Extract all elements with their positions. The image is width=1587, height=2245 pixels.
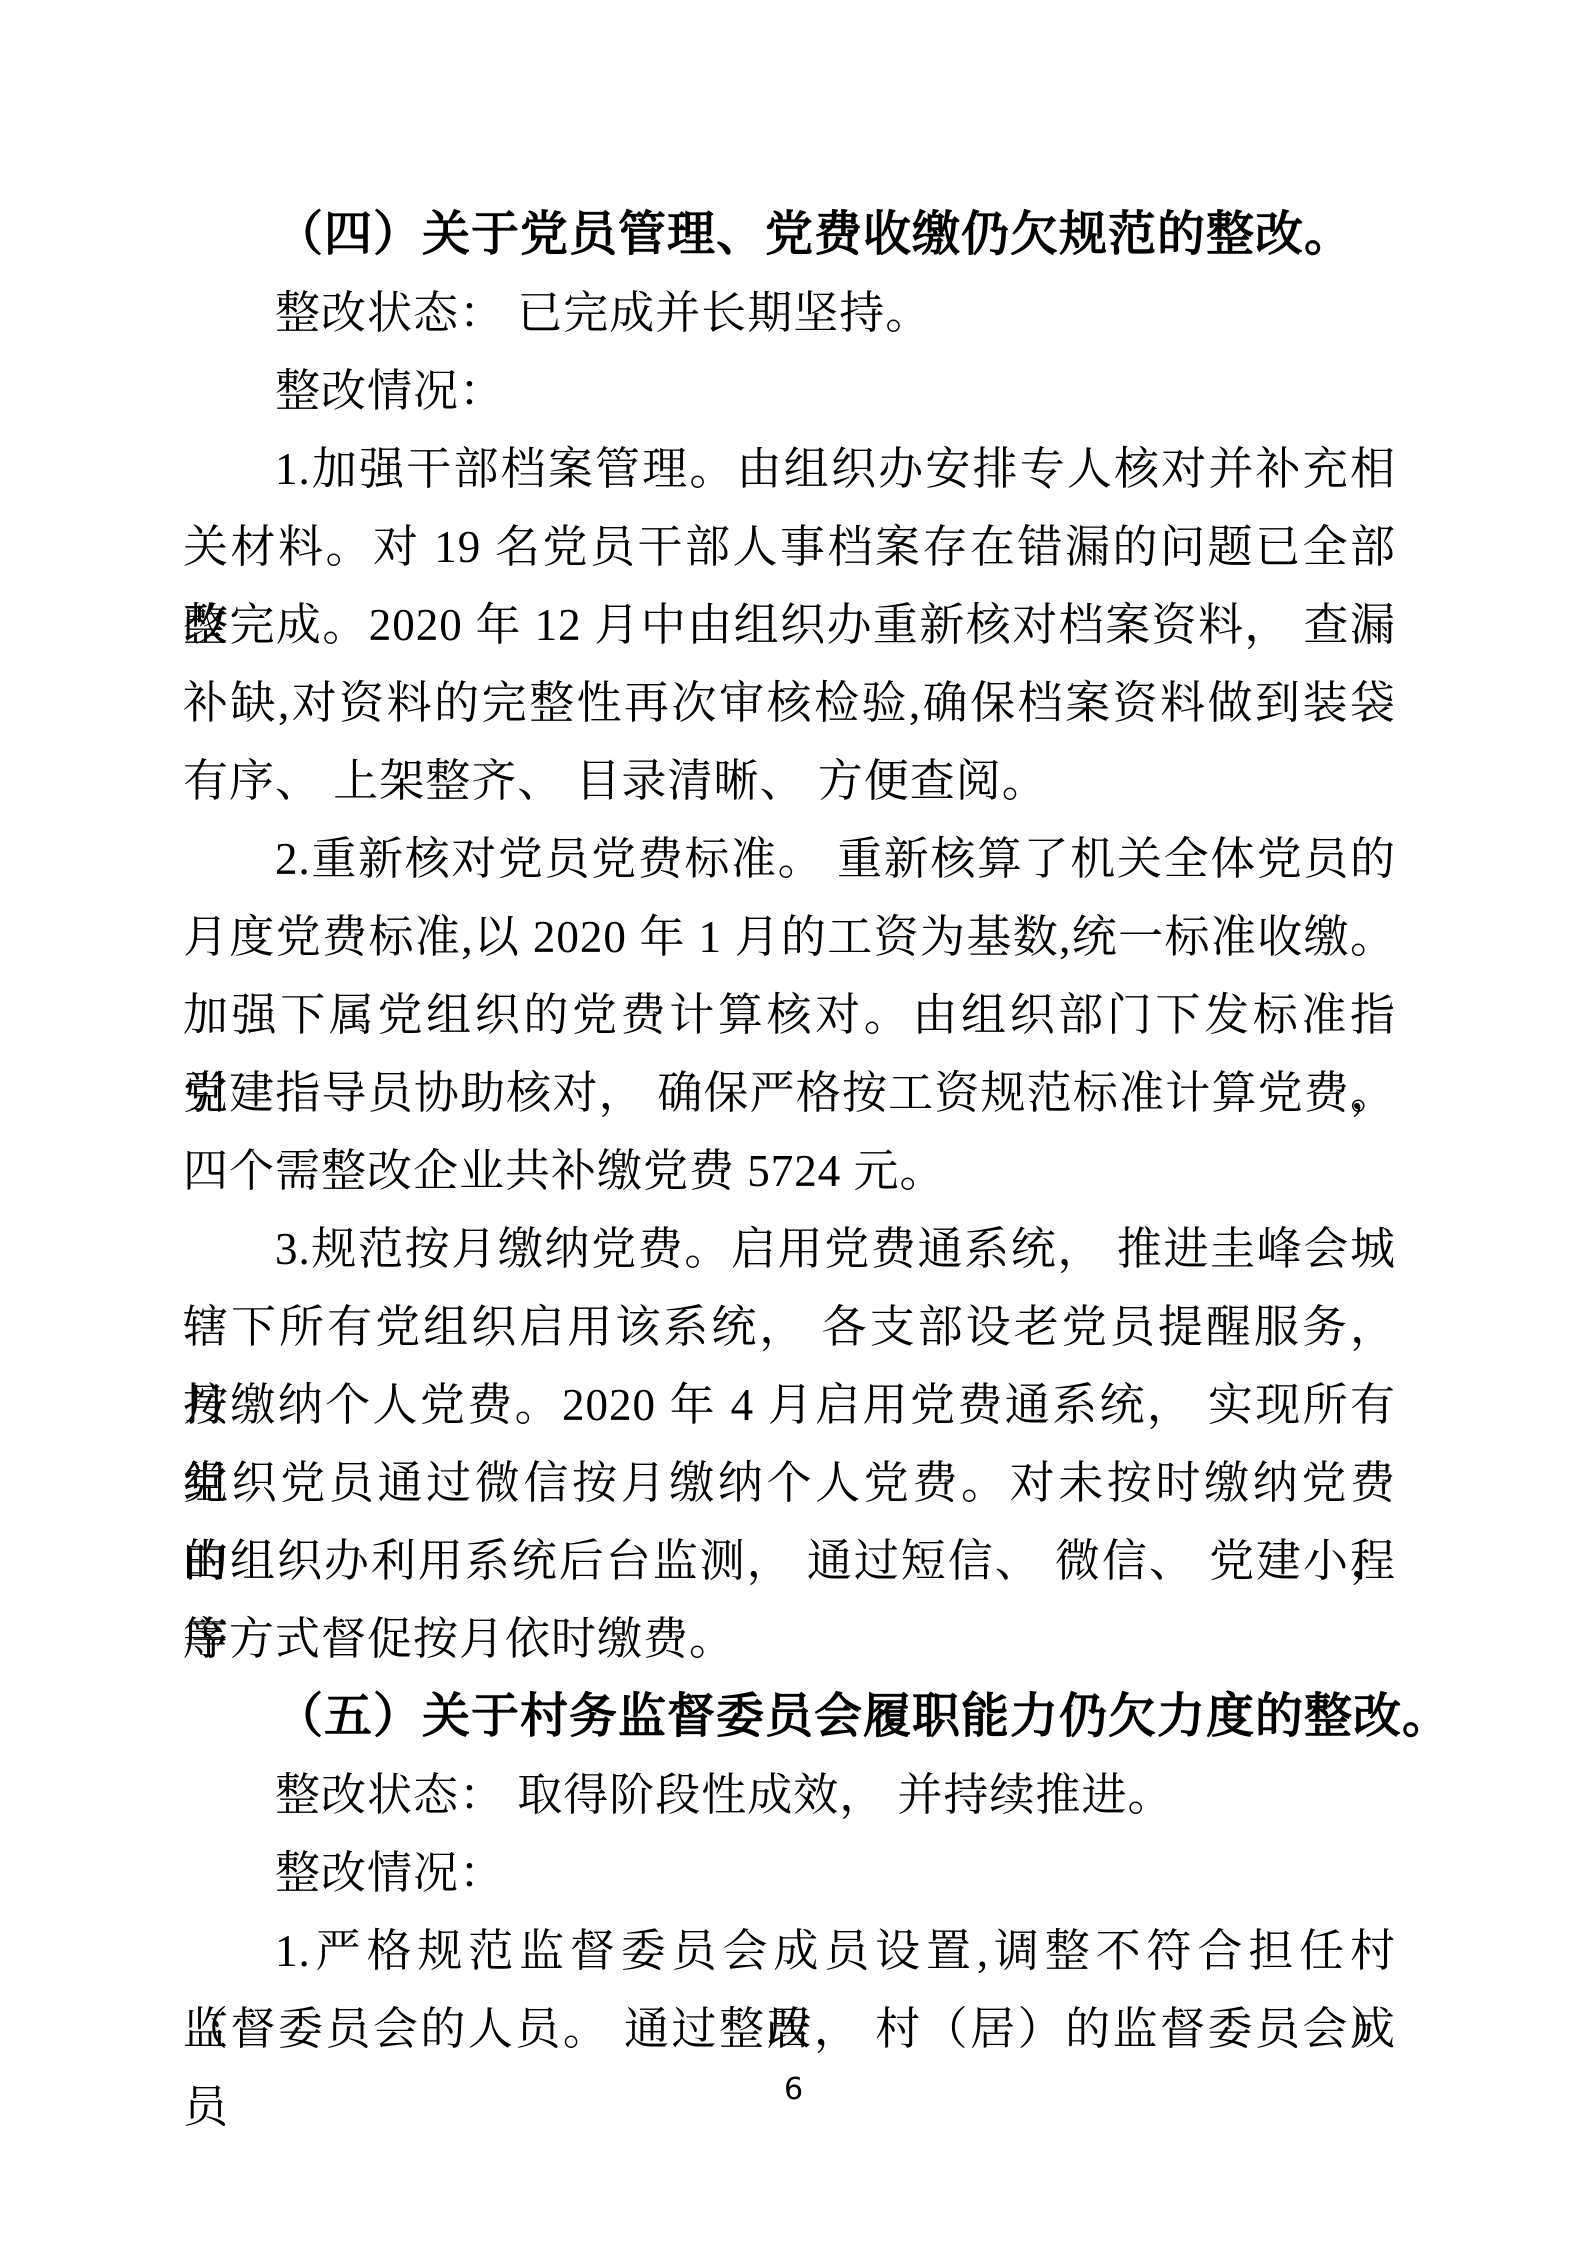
- text-line: 整改情况：: [183, 1834, 1396, 1912]
- text-line: 组织党员通过微信按月缴纳个人党费。对未按时缴纳党费的，: [183, 1444, 1396, 1522]
- text-line: 党建指导员协助核对， 确保严格按工资规范标准计算党费。: [183, 1054, 1396, 1132]
- text-line: 月度党费标准,以 2020 年 1 月的工资为基数,统一标准收缴。: [183, 898, 1396, 976]
- text-line: 改完成。2020 年 12 月中由组织办重新核对档案资料， 查漏: [183, 586, 1396, 664]
- text-line: 有序、 上架整齐、 目录清晰、 方便查阅。: [183, 742, 1396, 820]
- section-heading-4: （四）关于党员管理、党费收缴仍欠规范的整改。: [183, 196, 1396, 274]
- text-line: 整改状态： 已完成并长期坚持。: [183, 274, 1396, 352]
- text-line: 整改情况：: [183, 352, 1396, 430]
- text-line: 2.重新核对党员党费标准。 重新核算了机关全体党员的: [183, 820, 1396, 898]
- text-line: 关材料。对 19 名党员干部人事档案存在错漏的问题已全部整: [183, 508, 1396, 586]
- text-line: 四个需整改企业共补缴党费 5724 元。: [183, 1132, 1396, 1210]
- text-line: 辖下所有党组织启用该系统， 各支部设老党员提醒服务， 按: [183, 1288, 1396, 1366]
- document-page: （四）关于党员管理、党费收缴仍欠规范的整改。 整改状态： 已完成并长期坚持。 整…: [0, 0, 1587, 2245]
- section-heading-5: （五）关于村务监督委员会履职能力仍欠力度的整改。: [183, 1678, 1396, 1756]
- text-line: 整改状态： 取得阶段性成效， 并持续推进。: [183, 1756, 1396, 1834]
- text-line: 等方式督促按月依时缴费。: [183, 1600, 1396, 1678]
- text-line: 1.严格规范监督委员会成员设置,调整不符合担任村（居）: [183, 1912, 1396, 1990]
- text-line: 加强下属党组织的党费计算核对。由组织部门下发标准指引，: [183, 976, 1396, 1054]
- text-line: 1.加强干部档案管理。由组织办安排专人核对并补充相: [183, 430, 1396, 508]
- text-line: 补缺,对资料的完整性再次审核检验,确保档案资料做到装袋: [183, 664, 1396, 742]
- text-line: 由组织办利用系统后台监测， 通过短信、 微信、 党建小程序: [183, 1522, 1396, 1600]
- page-number: 6: [0, 2072, 1587, 2108]
- document-body: （四）关于党员管理、党费收缴仍欠规范的整改。 整改状态： 已完成并长期坚持。 整…: [183, 196, 1396, 2068]
- text-line: 监督委员会的人员。 通过整改， 村（居）的监督委员会成员: [183, 1990, 1396, 2068]
- text-line: 3.规范按月缴纳党费。启用党费通系统， 推进圭峰会城: [183, 1210, 1396, 1288]
- text-line: 月缴纳个人党费。2020 年 4 月启用党费通系统， 实现所有党: [183, 1366, 1396, 1444]
